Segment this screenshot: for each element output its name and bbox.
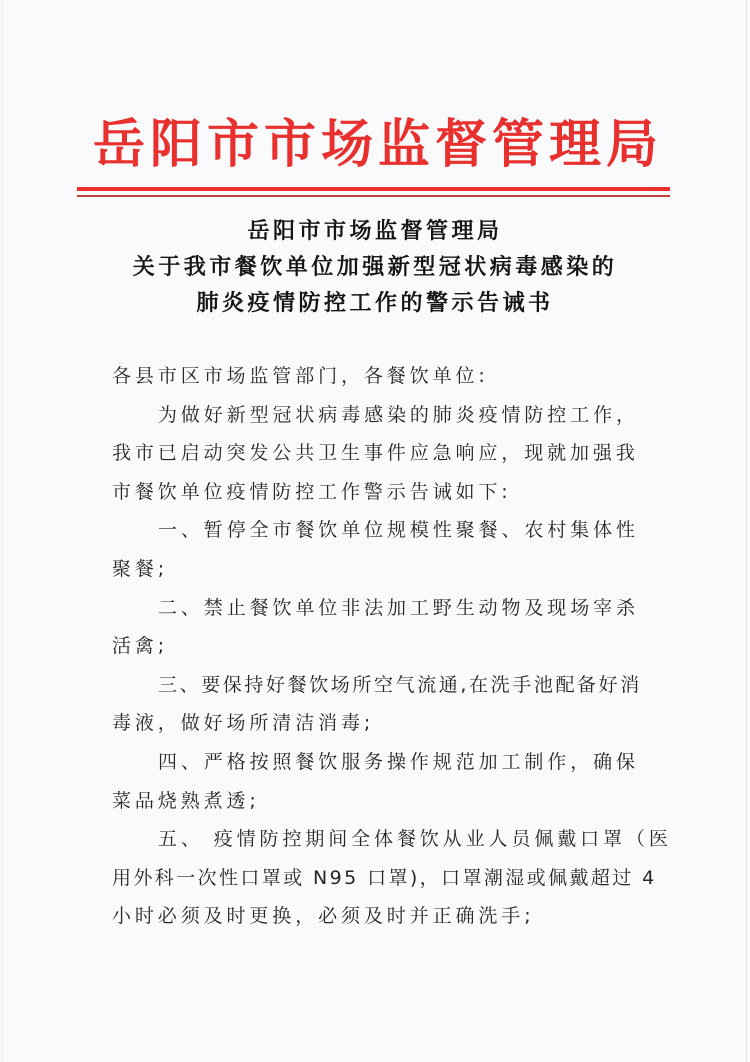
document-body: 各县市区市场监管部门，各餐饮单位: 为做好新型冠状病毒感染的肺炎疫情防控工作， … [112,357,632,936]
letterhead: 岳阳市市场监督管理局 [77,112,673,178]
list-item-5: 五、 疫情防控期间全体餐饮从业人员佩戴口罩（医 用外科一次性口罩或 N95 口罩… [112,820,632,936]
paragraph-line: 用外科一次性口罩或 N95 口罩)，口罩潮湿或佩戴超过 4 [112,859,632,898]
document-title: 岳阳市市场监督管理局 关于我市餐饮单位加强新型冠状病毒感染的 肺炎疫情防控工作的… [0,213,750,321]
document-title-line: 岳阳市市场监督管理局 [0,213,750,249]
paragraph-line: 为做好新型冠状病毒感染的肺炎疫情防控工作， [112,396,632,435]
list-item-4: 四、严格按照餐饮服务操作规范加工制作，确保 菜品烧熟煮透; [112,743,632,820]
letterhead-rule-thin [77,195,670,197]
paragraph-line: 三、要保持好餐饮场所空气流通,在洗手池配备好消 [112,666,632,705]
page-edge-right [746,0,747,1062]
list-item-2: 二、禁止餐饮单位非法加工野生动物及现场宰杀 活禽; [112,589,632,666]
paragraph-line: 四、严格按照餐饮服务操作规范加工制作，确保 [112,743,632,782]
salutation-text: 各县市区市场监管部门，各餐饮单位: [112,357,632,396]
paragraph-line: 我市已启动突发公共卫生事件应急响应，现就加强我 [112,434,632,473]
paragraph-line: 五、 疫情防控期间全体餐饮从业人员佩戴口罩（医 [112,820,632,859]
paragraph-line: 一、暂停全市餐饮单位规模性聚餐、农村集体性 [112,511,632,550]
paragraph-line: 聚餐; [112,550,632,589]
paragraph-line: 活禽; [112,627,632,666]
document-title-line: 关于我市餐饮单位加强新型冠状病毒感染的 [0,249,750,285]
salutation: 各县市区市场监管部门，各餐饮单位: [112,357,632,396]
paragraph-line: 菜品烧熟煮透; [112,782,632,821]
paragraph-line: 市餐饮单位疫情防控工作警示告诫如下: [112,473,632,512]
paragraph-line: 毒液，做好场所清洁消毒; [112,704,632,743]
list-item-3: 三、要保持好餐饮场所空气流通,在洗手池配备好消 毒液，做好场所清洁消毒; [112,666,632,743]
page-edge-left [2,0,3,1062]
paragraph-line: 二、禁止餐饮单位非法加工野生动物及现场宰杀 [112,589,632,628]
document-title-line: 肺炎疫情防控工作的警示告诫书 [0,285,750,321]
paragraph-line: 小时必须及时更换，必须及时并正确洗手; [112,897,632,936]
letterhead-title: 岳阳市市场监督管理局 [83,112,673,178]
letterhead-rule-thick [77,187,670,191]
list-item-1: 一、暂停全市餐饮单位规模性聚餐、农村集体性 聚餐; [112,511,632,588]
intro-paragraph: 为做好新型冠状病毒感染的肺炎疫情防控工作， 我市已启动突发公共卫生事件应急响应，… [112,396,632,512]
